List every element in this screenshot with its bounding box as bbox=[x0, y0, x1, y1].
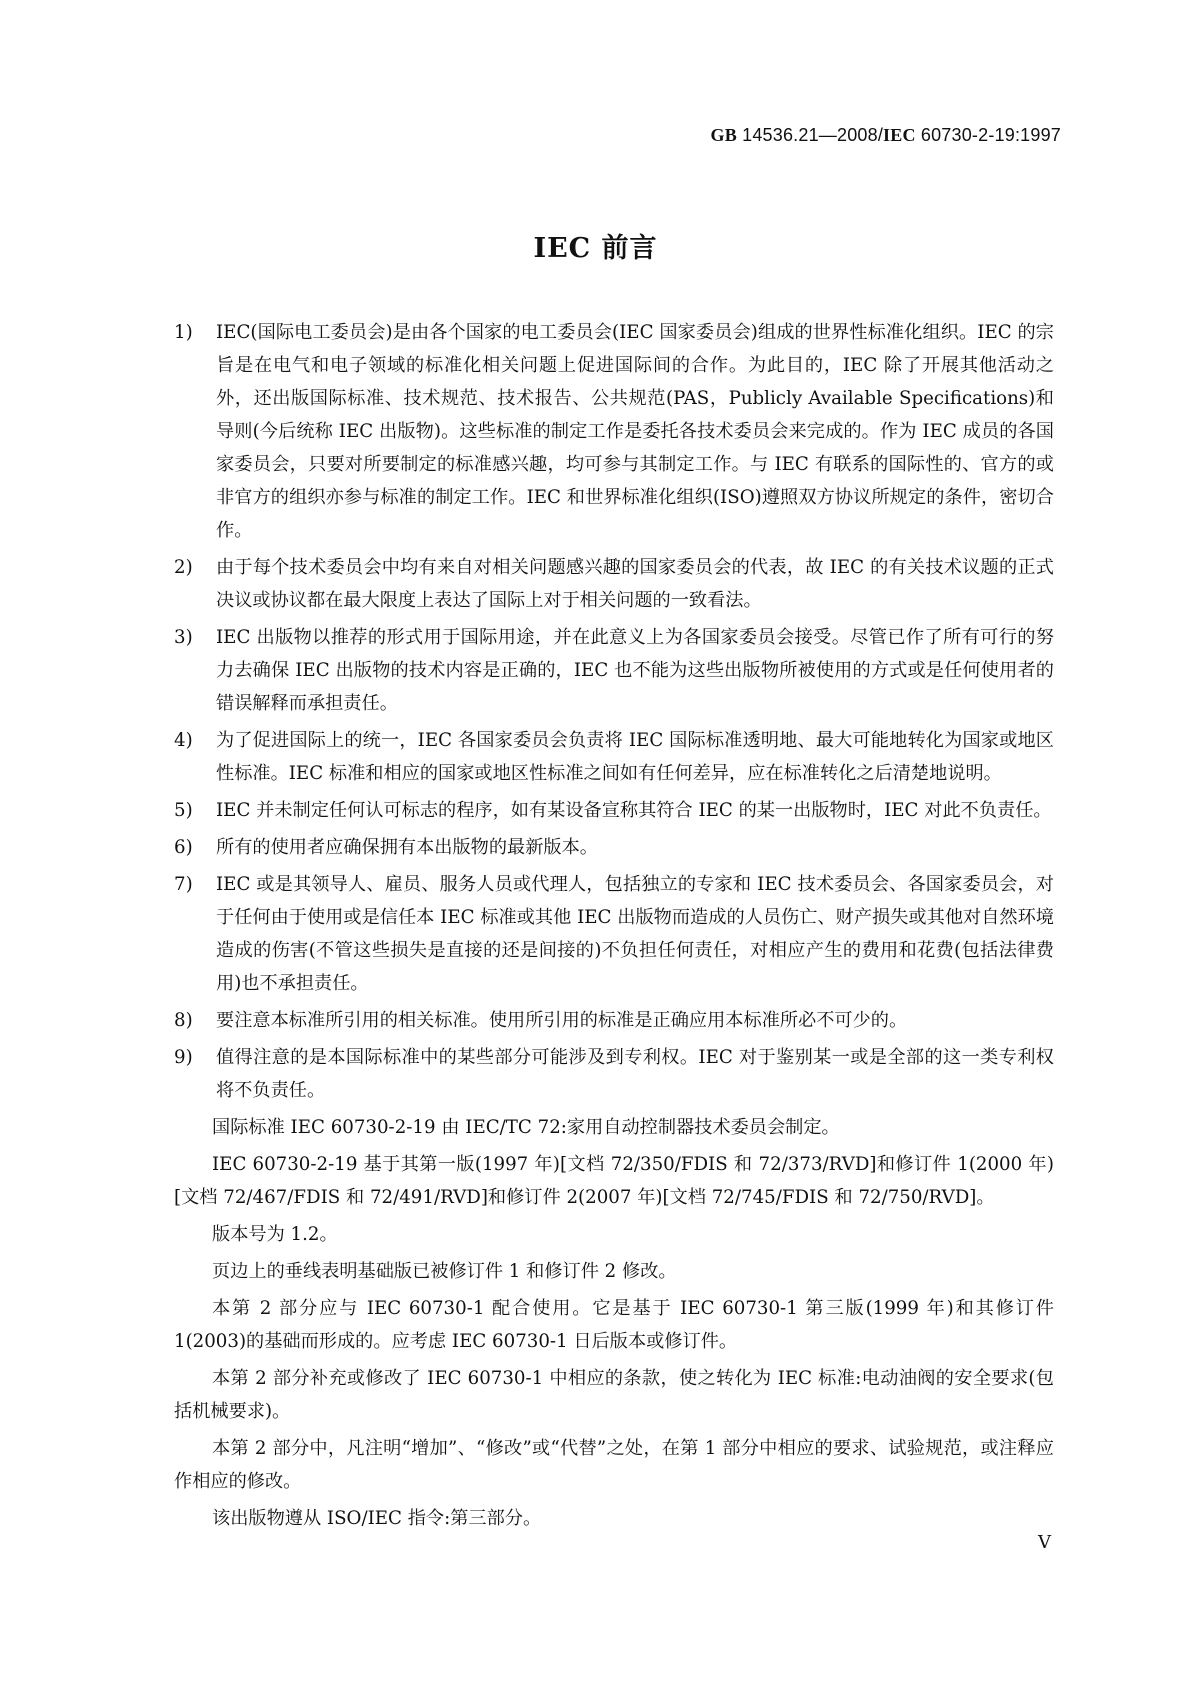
list-item: 1) IEC(国际电工委员会)是由各个国家的电工委员会(IEC 国家委员会)组成… bbox=[174, 316, 1054, 547]
iec-number: 60730-2-19:1997 bbox=[921, 125, 1061, 145]
list-text: IEC 或是其领导人、雇员、服务人员或代理人，包括独立的专家和 IEC 技术委员… bbox=[216, 868, 1054, 1000]
document-body: 1) IEC(国际电工委员会)是由各个国家的电工委员会(IEC 国家委员会)组成… bbox=[174, 316, 1054, 1539]
paragraph-margin-note: 页边上的垂线表明基础版已被修订件 1 和修订件 2 修改。 bbox=[174, 1255, 1054, 1288]
list-number: 8) bbox=[174, 1004, 210, 1037]
standard-prefix: GB bbox=[711, 125, 737, 145]
list-number: 1) bbox=[174, 316, 210, 349]
paragraph-supplement: 本第 2 部分补充或修改了 IEC 60730-1 中相应的条款，使之转化为 I… bbox=[174, 1362, 1054, 1428]
standard-number: 14536.21—2008/ bbox=[742, 125, 883, 145]
list-text: 由于每个技术委员会中均有来自对相关问题感兴趣的国家委员会的代表，故 IEC 的有… bbox=[216, 551, 1054, 617]
paragraph-technical-committee: 国际标准 IEC 60730-2-19 由 IEC/TC 72:家用自动控制器技… bbox=[174, 1111, 1054, 1144]
list-item: 5) IEC 并未制定任何认可标志的程序，如有某设备宣称其符合 IEC 的某一出… bbox=[174, 794, 1054, 827]
list-number: 6) bbox=[174, 831, 210, 864]
list-number: 7) bbox=[174, 868, 210, 901]
page-title: IEC 前言 bbox=[0, 226, 1191, 265]
iec-prefix: IEC bbox=[883, 125, 916, 145]
list-text: IEC 并未制定任何认可标志的程序，如有某设备宣称其符合 IEC 的某一出版物时… bbox=[216, 794, 1054, 827]
page-number: V bbox=[1038, 1532, 1051, 1553]
page-header: GB 14536.21—2008/IEC 60730-2-19:1997 bbox=[711, 125, 1062, 146]
list-item: 8) 要注意本标准所引用的相关标准。使用所引用的标准是正确应用本标准所必不可少的… bbox=[174, 1004, 1054, 1037]
list-text: 所有的使用者应确保拥有本出版物的最新版本。 bbox=[216, 831, 1054, 864]
list-item: 2) 由于每个技术委员会中均有来自对相关问题感兴趣的国家委员会的代表，故 IEC… bbox=[174, 551, 1054, 617]
paragraph-directives: 该出版物遵从 ISO/IEC 指令:第三部分。 bbox=[174, 1502, 1054, 1535]
list-number: 9) bbox=[174, 1041, 210, 1074]
list-number: 2) bbox=[174, 551, 210, 584]
paragraph-modifications: 本第 2 部分中，凡注明“增加”、“修改”或“代替”之处，在第 1 部分中相应的… bbox=[174, 1432, 1054, 1498]
list-item: 6) 所有的使用者应确保拥有本出版物的最新版本。 bbox=[174, 831, 1054, 864]
list-number: 3) bbox=[174, 621, 210, 654]
list-number: 4) bbox=[174, 724, 210, 757]
list-item: 7) IEC 或是其领导人、雇员、服务人员或代理人，包括独立的专家和 IEC 技… bbox=[174, 868, 1054, 1000]
list-text: 要注意本标准所引用的相关标准。使用所引用的标准是正确应用本标准所必不可少的。 bbox=[216, 1004, 1054, 1037]
paragraph-part1-usage: 本第 2 部分应与 IEC 60730-1 配合使用。它是基于 IEC 6073… bbox=[174, 1292, 1054, 1358]
list-text: 值得注意的是本国际标准中的某些部分可能涉及到专利权。IEC 对于鉴别某一或是全部… bbox=[216, 1041, 1054, 1107]
list-text: IEC 出版物以推荐的形式用于国际用途，并在此意义上为各国家委员会接受。尽管已作… bbox=[216, 621, 1054, 720]
list-item: 9) 值得注意的是本国际标准中的某些部分可能涉及到专利权。IEC 对于鉴别某一或… bbox=[174, 1041, 1054, 1107]
list-item: 4) 为了促进国际上的统一，IEC 各国家委员会负责将 IEC 国际标准透明地、… bbox=[174, 724, 1054, 790]
list-text: IEC(国际电工委员会)是由各个国家的电工委员会(IEC 国家委员会)组成的世界… bbox=[216, 316, 1054, 547]
paragraph-version: 版本号为 1.2。 bbox=[174, 1218, 1054, 1251]
list-number: 5) bbox=[174, 794, 210, 827]
list-item: 3) IEC 出版物以推荐的形式用于国际用途，并在此意义上为各国家委员会接受。尽… bbox=[174, 621, 1054, 720]
paragraph-edition-history: IEC 60730-2-19 基于其第一版(1997 年)[文档 72/350/… bbox=[174, 1148, 1054, 1214]
list-text: 为了促进国际上的统一，IEC 各国家委员会负责将 IEC 国际标准透明地、最大可… bbox=[216, 724, 1054, 790]
